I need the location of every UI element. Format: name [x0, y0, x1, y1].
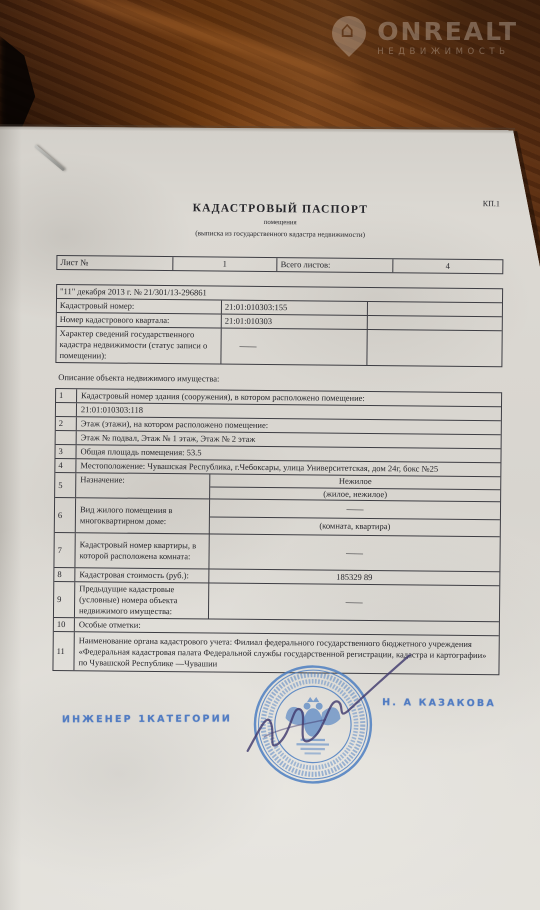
- row-label: Кадастровая стоимость (руб.):: [75, 568, 209, 582]
- table-row: Характер сведений государственного кадас…: [56, 326, 501, 366]
- row-number: 9: [54, 582, 75, 617]
- section-title: Описание объекта недвижимого имущества:: [58, 372, 502, 387]
- table-row: 5 Назначение: Нежилое (жилое, нежилое): [55, 472, 500, 501]
- sheet-number-table: Лист № 1 Всего листов: 4: [56, 255, 503, 274]
- row-label: Характер сведений государственного кадас…: [56, 327, 221, 364]
- total-sheets-label: Всего листов:: [278, 258, 394, 272]
- row-label: Номер кадастрового квартала:: [57, 313, 222, 328]
- row-extra: [367, 330, 501, 366]
- location-pin-icon: ⌂: [332, 16, 368, 60]
- row-number: 2: [56, 417, 77, 430]
- wood-grain-streak: [45, 0, 365, 90]
- property-description-table: 1 Кадастровый номер здания (сооружения),…: [52, 388, 502, 675]
- row-number: [56, 403, 77, 416]
- registration-info-table: "11" декабря 2013 г. № 21/301/13-296861 …: [55, 284, 503, 367]
- row-number: 4: [55, 459, 76, 472]
- watermark-brand: ONREALT: [377, 19, 518, 44]
- row-value: ——: [209, 534, 499, 571]
- row-value-stack: —— (комната, квартира): [210, 499, 500, 536]
- row-label: Кадастровый номер:: [57, 299, 222, 314]
- table-row: 9 Предыдущие кадастровые (условные) номе…: [54, 581, 499, 621]
- row-hint: (комната, квартира): [210, 516, 500, 536]
- row-number: 1: [56, 389, 77, 402]
- row-value: 185329 89: [209, 569, 499, 585]
- house-icon: ⌂: [340, 20, 358, 42]
- date-line: "11" декабря 2013 г. № 21/301/13-296861: [57, 285, 210, 299]
- row-number: 5: [55, 473, 76, 497]
- position-stamp: ИНЖЕНЕР 1КАТЕГОРИИ: [62, 714, 232, 726]
- row-number: [56, 431, 77, 444]
- table-row: 6 Вид жилого помещения в многоквартирном…: [55, 497, 500, 536]
- table-row: Лист № 1 Всего листов: 4: [57, 256, 502, 273]
- row-label: Назначение:: [76, 473, 210, 498]
- row-value-stack: Нежилое (жилое, нежилое): [210, 474, 500, 501]
- row-number: 11: [53, 632, 74, 670]
- row-number: 3: [55, 445, 76, 458]
- row-value: ——: [209, 583, 499, 621]
- table-row: 7 Кадастровый номер квартиры, в которой …: [54, 532, 499, 571]
- row-value: 21:01:010303: [222, 315, 368, 329]
- signing-area: ИНЖЕНЕР 1КАТЕГОРИИ Н. А КАЗАКОВА: [51, 677, 499, 821]
- row-value: 21:01:010303:155: [222, 301, 368, 315]
- onrealt-watermark: ⌂ ONREALT НЕДВИЖИМОСТЬ: [332, 16, 518, 60]
- row-number: 10: [54, 618, 75, 631]
- cadastral-passport-document: КП.1 КАДАСТРОВЫЙ ПАСПОРТ помещения (выпи…: [51, 196, 504, 821]
- row-number: 6: [55, 498, 76, 532]
- row-number: 7: [54, 533, 75, 567]
- row-label: Предыдущие кадастровые (условные) номера…: [75, 582, 209, 618]
- row-value: ——: [221, 329, 367, 365]
- row-number: 8: [54, 568, 75, 581]
- watermark-subtitle: НЕДВИЖИМОСТЬ: [377, 47, 509, 57]
- handwritten-signature: [229, 653, 440, 775]
- sheet-label: Лист №: [57, 256, 173, 270]
- row-label: Кадастровый номер квартиры, в которой ра…: [75, 533, 209, 568]
- sheet-value: 1: [173, 257, 278, 271]
- form-code: КП.1: [483, 198, 500, 209]
- total-sheets-value: 4: [393, 259, 502, 273]
- row-label: Вид жилого помещения в многоквартирном д…: [76, 498, 210, 533]
- row-extra: [368, 302, 502, 316]
- row-extra: [368, 316, 502, 330]
